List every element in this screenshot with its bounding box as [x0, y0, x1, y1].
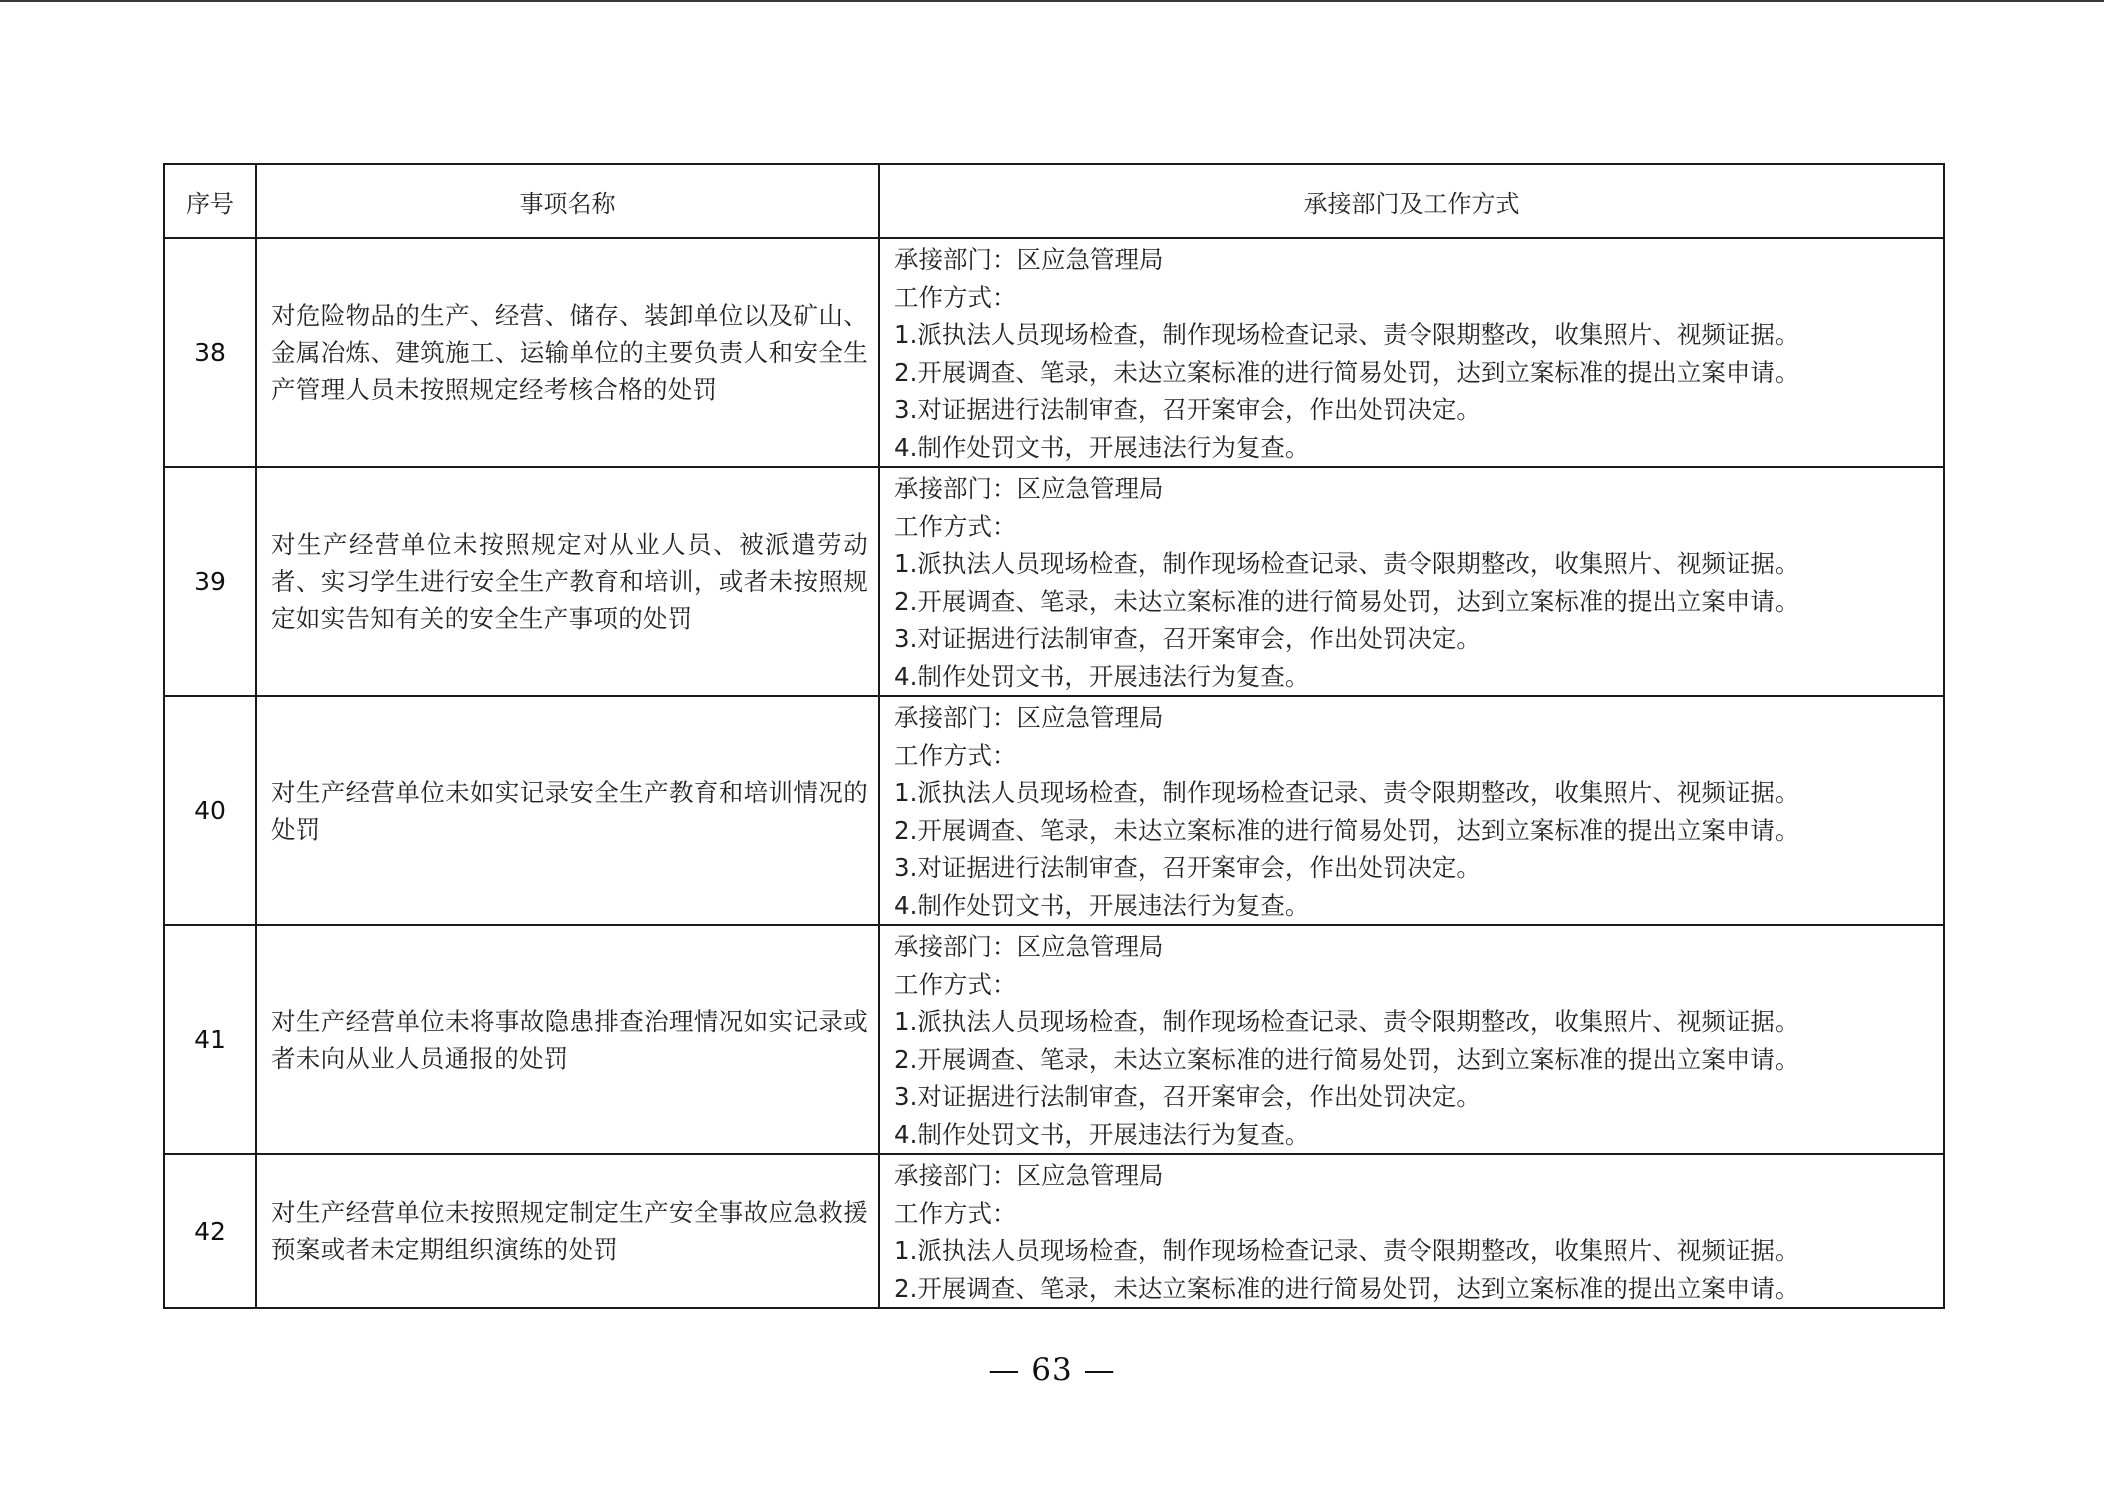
method-label: 工作方式：	[894, 279, 1933, 317]
method-label: 工作方式：	[894, 508, 1933, 546]
department-method-cell: 承接部门：区应急管理局 工作方式： 1.派执法人员现场检查，制作现场检查记录、责…	[879, 925, 1944, 1154]
serial-number-cell: 40	[164, 696, 256, 925]
method-step-1: 1.派执法人员现场检查，制作现场检查记录、责令限期整改，收集照片、视频证据。	[894, 774, 1933, 812]
matter-name-cell: 对生产经营单位未将事故隐患排查治理情况如实记录或者未向从业人员通报的处罚	[256, 925, 879, 1154]
table-header-row: 序号 事项名称 承接部门及工作方式	[164, 164, 1944, 238]
method-step-3: 3.对证据进行法制审查，召开案审会，作出处罚决定。	[894, 391, 1933, 429]
method-step-2: 2.开展调查、笔录，未达立案标准的进行简易处罚，达到立案标准的提出立案申请。	[894, 1041, 1933, 1079]
table-row: 40 对生产经营单位未如实记录安全生产教育和培训情况的处罚 承接部门：区应急管理…	[164, 696, 1944, 925]
serial-number-cell: 41	[164, 925, 256, 1154]
method-step-1: 1.派执法人员现场检查，制作现场检查记录、责令限期整改，收集照片、视频证据。	[894, 316, 1933, 354]
method-step-3: 3.对证据进行法制审查，召开案审会，作出处罚决定。	[894, 849, 1933, 887]
header-matter-name: 事项名称	[256, 164, 879, 238]
method-step-1: 1.派执法人员现场检查，制作现场检查记录、责令限期整改，收集照片、视频证据。	[894, 545, 1933, 583]
method-label: 工作方式：	[894, 966, 1933, 1004]
department-method-cell: 承接部门：区应急管理局 工作方式： 1.派执法人员现场检查，制作现场检查记录、责…	[879, 238, 1944, 467]
header-serial-number: 序号	[164, 164, 256, 238]
department-line: 承接部门：区应急管理局	[894, 470, 1933, 508]
method-step-1: 1.派执法人员现场检查，制作现场检查记录、责令限期整改，收集照片、视频证据。	[894, 1232, 1933, 1270]
method-step-3: 3.对证据进行法制审查，召开案审会，作出处罚决定。	[894, 620, 1933, 658]
table-row: 38 对危险物品的生产、经营、储存、装卸单位以及矿山、金属冶炼、建筑施工、运输单…	[164, 238, 1944, 467]
method-step-2: 2.开展调查、笔录，未达立案标准的进行简易处罚，达到立案标准的提出立案申请。	[894, 583, 1933, 621]
method-step-2: 2.开展调查、笔录，未达立案标准的进行简易处罚，达到立案标准的提出立案申请。	[894, 1270, 1933, 1308]
method-step-4: 4.制作处罚文书，开展违法行为复查。	[894, 887, 1933, 925]
matter-name-cell: 对生产经营单位未如实记录安全生产教育和培训情况的处罚	[256, 696, 879, 925]
method-label: 工作方式：	[894, 1195, 1933, 1233]
department-method-cell: 承接部门：区应急管理局 工作方式： 1.派执法人员现场检查，制作现场检查记录、责…	[879, 696, 1944, 925]
matters-table: 序号 事项名称 承接部门及工作方式 38 对危险物品的生产、经营、储存、装卸单位…	[163, 163, 1945, 1309]
page-top-border	[0, 0, 2104, 2]
table-row: 41 对生产经营单位未将事故隐患排查治理情况如实记录或者未向从业人员通报的处罚 …	[164, 925, 1944, 1154]
table-row: 39 对生产经营单位未按照规定对从业人员、被派遣劳动者、实习学生进行安全生产教育…	[164, 467, 1944, 696]
method-step-2: 2.开展调查、笔录，未达立案标准的进行简易处罚，达到立案标准的提出立案申请。	[894, 354, 1933, 392]
serial-number-cell: 42	[164, 1154, 256, 1308]
method-step-3: 3.对证据进行法制审查，召开案审会，作出处罚决定。	[894, 1078, 1933, 1116]
serial-number-cell: 38	[164, 238, 256, 467]
serial-number-cell: 39	[164, 467, 256, 696]
department-line: 承接部门：区应急管理局	[894, 928, 1933, 966]
method-step-2: 2.开展调查、笔录，未达立案标准的进行简易处罚，达到立案标准的提出立案申请。	[894, 812, 1933, 850]
method-step-1: 1.派执法人员现场检查，制作现场检查记录、责令限期整改，收集照片、视频证据。	[894, 1003, 1933, 1041]
department-line: 承接部门：区应急管理局	[894, 699, 1933, 737]
department-method-cell: 承接部门：区应急管理局 工作方式： 1.派执法人员现场检查，制作现场检查记录、责…	[879, 1154, 1944, 1308]
department-line: 承接部门：区应急管理局	[894, 1157, 1933, 1195]
method-step-4: 4.制作处罚文书，开展违法行为复查。	[894, 1116, 1933, 1154]
department-line: 承接部门：区应急管理局	[894, 241, 1933, 279]
department-method-cell: 承接部门：区应急管理局 工作方式： 1.派执法人员现场检查，制作现场检查记录、责…	[879, 467, 1944, 696]
method-label: 工作方式：	[894, 737, 1933, 775]
matter-name-cell: 对危险物品的生产、经营、储存、装卸单位以及矿山、金属冶炼、建筑施工、运输单位的主…	[256, 238, 879, 467]
matter-name-cell: 对生产经营单位未按照规定制定生产安全事故应急救援预案或者未定期组织演练的处罚	[256, 1154, 879, 1308]
header-department-and-method: 承接部门及工作方式	[879, 164, 1944, 238]
page-number: — 63 —	[0, 1352, 2104, 1388]
method-step-4: 4.制作处罚文书，开展违法行为复查。	[894, 658, 1933, 696]
matter-name-cell: 对生产经营单位未按照规定对从业人员、被派遣劳动者、实习学生进行安全生产教育和培训…	[256, 467, 879, 696]
table-row: 42 对生产经营单位未按照规定制定生产安全事故应急救援预案或者未定期组织演练的处…	[164, 1154, 1944, 1308]
method-step-4: 4.制作处罚文书，开展违法行为复查。	[894, 429, 1933, 467]
